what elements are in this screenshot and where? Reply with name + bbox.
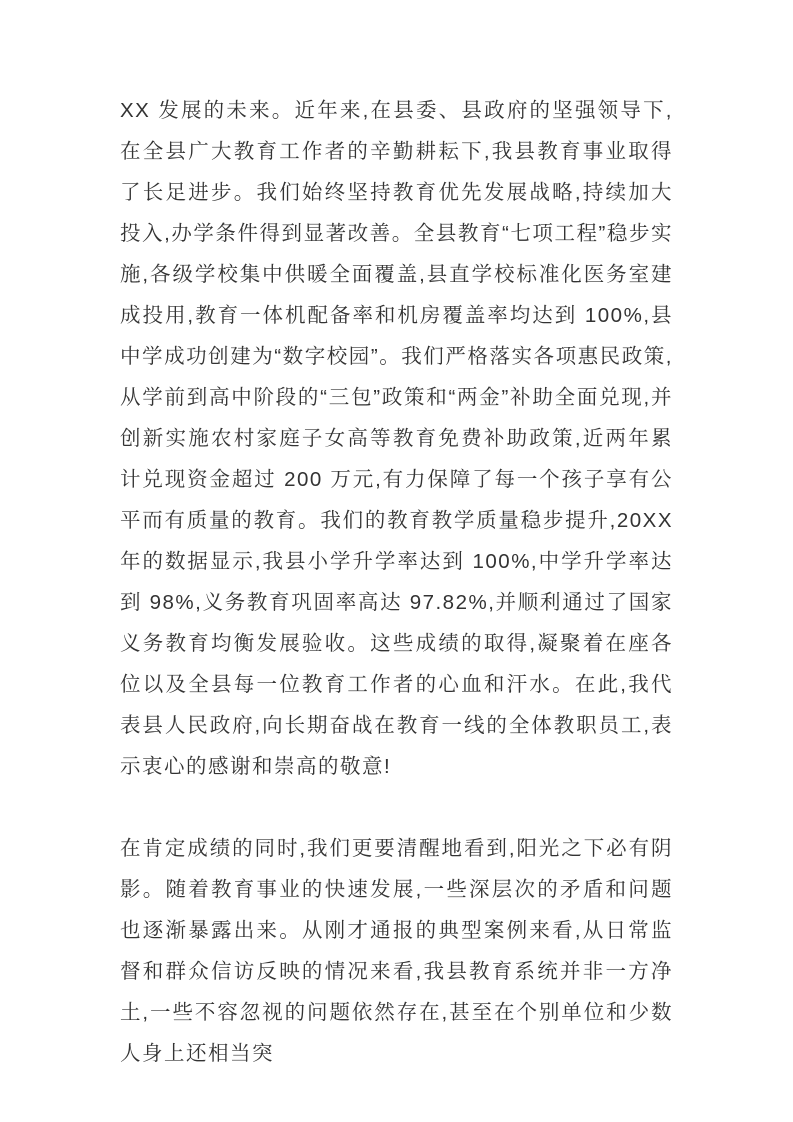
document-page: XX 发展的未来。近年来,在县委、县政府的坚强领导下,在全县广大教育工作者的辛勤… (0, 0, 793, 1122)
paragraph-problems: 在肯定成绩的同时,我们更要清醒地看到,阳光之下必有阴影。随着教育事业的快速发展,… (120, 828, 673, 1074)
paragraph-achievements: XX 发展的未来。近年来,在县委、县政府的坚强领导下,在全县广大教育工作者的辛勤… (120, 90, 673, 787)
